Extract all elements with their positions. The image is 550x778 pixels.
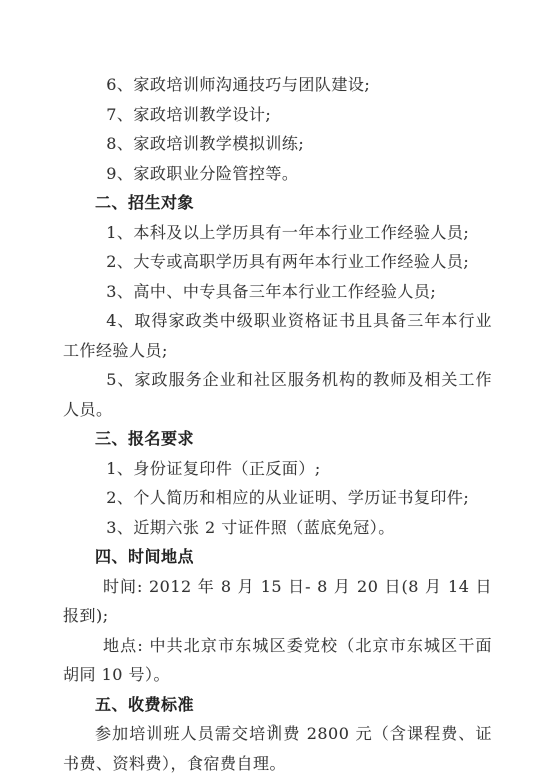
list-item: 2、大专或高职学历具有两年本行业工作经验人员; [63,247,492,277]
time-line: 时间: 2012 年 8 月 15 日- 8 月 20 日(8 月 14 日报到… [63,572,492,631]
section-heading-fee-standard: 五、收费标准 [63,690,492,720]
list-item: 5、家政服务企业和社区服务机构的教师及相关工作人员。 [63,365,492,424]
document-body: 6、家政培训师沟通技巧与团队建设; 7、家政培训教学设计; 8、家政培训教学模拟… [0,0,550,778]
list-item: 1、本科及以上学历具有一年本行业工作经验人员; [63,218,492,248]
section-heading-time-location: 四、时间地点 [63,542,492,572]
course-list-item-9: 9、家政职业分险管控等。 [63,159,492,189]
page-number: - 2 - [0,724,550,735]
course-list-item-8: 8、家政培训教学模拟训练; [63,129,492,159]
course-list-item-7: 7、家政培训教学设计; [63,100,492,130]
list-item: 1、身份证复印件（正反面）; [63,454,492,484]
location-line: 地点: 中共北京市东城区委党校（北京市东城区干面胡同 10 号）。 [63,631,492,690]
course-list-item-6: 6、家政培训师沟通技巧与团队建设; [63,70,492,100]
list-item: 3、高中、中专具备三年本行业工作经验人员; [63,277,492,307]
document-page: 6、家政培训师沟通技巧与团队建设; 7、家政培训教学设计; 8、家政培训教学模拟… [0,0,550,778]
section-heading-registration-requirements: 三、报名要求 [63,424,492,454]
section-heading-enrollment-targets: 二、招生对象 [63,188,492,218]
list-item: 3、近期六张 2 寸证件照（蓝底免冠）。 [63,513,492,543]
list-item: 4、取得家政类中级职业资格证书且具备三年本行业工作经验人员; [63,306,492,365]
list-item: 2、个人简历和相应的从业证明、学历证书复印件; [63,483,492,513]
